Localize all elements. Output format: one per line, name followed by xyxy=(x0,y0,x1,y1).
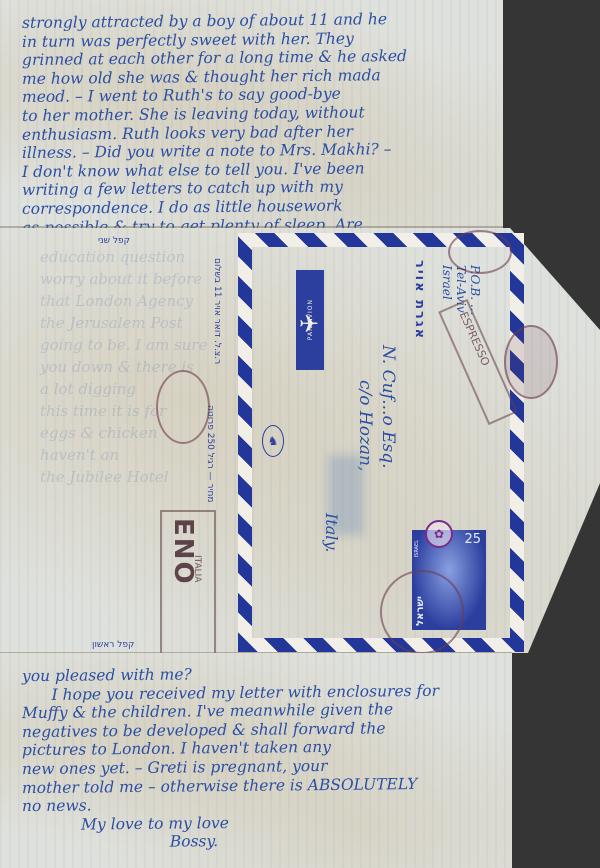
letter-top-panel: strongly attracted by a boy of about 11 … xyxy=(0,0,503,228)
bleedthrough-text: education question worry about it before… xyxy=(40,246,207,488)
censor-stamp-sub: ITALIA xyxy=(192,555,202,582)
fold-line-top xyxy=(0,226,503,228)
flower-mark-icon: ✿ xyxy=(425,520,453,548)
signature: Bossy. xyxy=(22,830,439,853)
fold-label-first: קפל ראשון xyxy=(92,640,134,650)
stamp-country: ISRAEL xyxy=(414,540,420,557)
envelope-footer-text: ר.צ.ל. דואר אויר 11 בשלום xyxy=(212,258,222,364)
recipient-name: N. Cuf...o Esq. xyxy=(378,345,398,469)
postmark-circle xyxy=(504,325,558,399)
stamp-value: 25 xyxy=(464,532,481,547)
airmail-hebrew-title: אגרת אויר xyxy=(412,260,427,340)
handwritten-text-top: strongly attracted by a boy of about 11 … xyxy=(22,12,407,235)
airmail-wing-icon: ✈ xyxy=(299,310,319,338)
recipient-country: Italy. xyxy=(322,513,341,552)
handwritten-text-bottom: you pleased with me? I hope you received… xyxy=(22,665,439,851)
letter-bottom-panel: you pleased with me? I hope you received… xyxy=(0,653,512,868)
fold-label-second: קפל שני xyxy=(98,236,130,246)
postmark-circle xyxy=(380,570,464,654)
deer-emblem-icon: ♞ xyxy=(262,425,284,457)
postmark-circle xyxy=(156,370,210,444)
postmark-circle xyxy=(448,230,512,274)
